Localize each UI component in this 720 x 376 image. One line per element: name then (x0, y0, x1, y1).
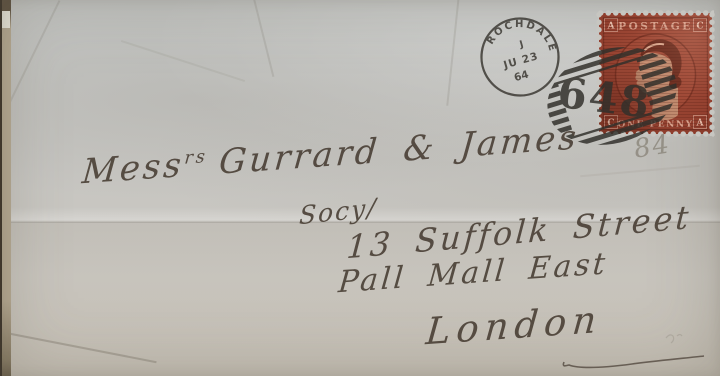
cds-index-letter: J (517, 39, 524, 51)
honorific-superscript: rs (184, 147, 209, 169)
scan-edge-strip (2, 0, 11, 376)
honorific: Mess (80, 145, 185, 192)
scan-edge-line (0, 0, 2, 376)
cds-year: 64 (513, 69, 530, 85)
faint-pencil-squiggle (666, 335, 682, 344)
envelope-cover: POSTAGE ONE PENNY A C C A (0, 0, 720, 376)
cds-date: JU 23 (501, 50, 540, 72)
underline-flourish (540, 326, 720, 376)
scan-edge-notch (2, 11, 10, 28)
london-underline (563, 356, 704, 368)
pencil-number: 84 (632, 129, 673, 164)
